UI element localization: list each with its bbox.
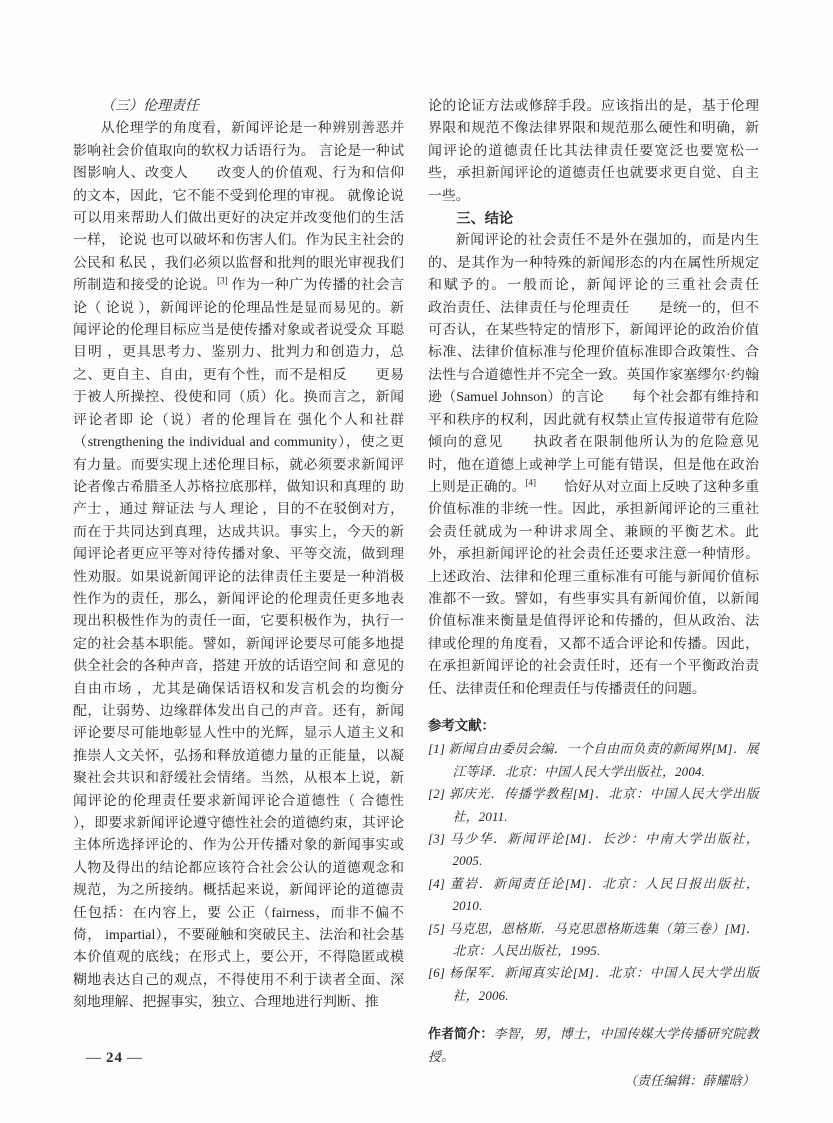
author-bio-label: 作者简介：: [428, 1027, 493, 1041]
page-number-dash-left: —: [86, 1050, 102, 1066]
right-column: 论的论证方法或修辞手段。应该指出的是，基于伦理界限和规范不像法律界限和规范那么硬…: [428, 96, 759, 1092]
author-bio-line: 作者简介：李智，男，博士，中国传媒大学传播研究院教授。: [428, 1023, 759, 1068]
left-column: （三）伦理责任 从伦理学的角度看，新闻评论是一种辨别善恶并影响社会价值取向的软权…: [73, 96, 404, 1015]
references-section: 参考文献： [1] 新闻自由委员会编．一个自由而负责的新闻界[M]．展江等译．北…: [428, 715, 759, 1007]
reference-item-2: [2] 郭庆光．传播学教程[M]．北京：中国人民大学出版社，2011.: [428, 783, 759, 828]
reference-item-5: [5] 马克思，恩格斯．马克思恩格斯选集（第三卷）[M]．北京：人民出版社，19…: [428, 918, 759, 963]
conclusion-paragraph: 新闻评论的社会责任不是外在强加的，而是内生的、是其作为一种特殊的新闻形态的内在属…: [428, 230, 759, 701]
citation-mark-3: [3]: [217, 276, 228, 286]
author-bio-section: 作者简介：李智，男，博士，中国传媒大学传播研究院教授。 （责任编辑：薛耀晗）: [428, 1023, 759, 1092]
section-heading-ethics: （三）伦理责任: [73, 96, 404, 118]
conclusion-text-b: 恰好从对立面上反映了这种多重价值标准的非统一性。因此，承担新闻评论的三重社会责任…: [428, 480, 759, 697]
left-paragraph-text-b: 作为一种广为传播的社会言论（ 论说 ），新闻评论的伦理品性是显而易见的。新闻评论…: [73, 278, 404, 1010]
page-number: —24—: [86, 1050, 143, 1067]
citation-mark-4: [4]: [526, 477, 537, 487]
conclusion-heading: 三、结论: [428, 208, 759, 230]
reference-list: [1] 新闻自由委员会编．一个自由而负责的新闻界[M]．展江等译．北京：中国人民…: [428, 738, 759, 1007]
journal-page: （三）伦理责任 从伦理学的角度看，新闻评论是一种辨别善恶并影响社会价值取向的软权…: [0, 0, 833, 1123]
references-heading: 参考文献：: [428, 715, 759, 737]
editor-note: （责任编辑：薛耀晗）: [428, 1070, 759, 1092]
page-number-value: 24: [102, 1050, 127, 1066]
reference-item-1: [1] 新闻自由委员会编．一个自由而负责的新闻界[M]．展江等译．北京：中国人民…: [428, 738, 759, 783]
continuation-paragraph: 论的论证方法或修辞手段。应该指出的是，基于伦理界限和规范不像法律界限和规范那么硬…: [428, 96, 759, 208]
reference-item-4: [4] 董岩．新闻责任论[M]．北京：人民日报出版社，2010.: [428, 873, 759, 918]
reference-item-6: [6] 杨保军．新闻真实论[M]．北京：中国人民大学出版社，2006.: [428, 962, 759, 1007]
reference-item-3: [3] 马少华．新闻评论[M]．长沙：中南大学出版社，2005.: [428, 828, 759, 873]
conclusion-text-a: 新闻评论的社会责任不是外在强加的，而是内生的、是其作为一种特殊的新闻形态的内在属…: [428, 233, 787, 494]
page-number-dash-right: —: [127, 1050, 143, 1066]
left-body-paragraph: 从伦理学的角度看，新闻评论是一种辨别善恶并影响社会价值取向的软权力话语行为。 言…: [73, 118, 404, 1014]
left-paragraph-text-a: 从伦理学的角度看，新闻评论是一种辨别善恶并影响社会价值取向的软权力话语行为。 言…: [73, 121, 432, 293]
